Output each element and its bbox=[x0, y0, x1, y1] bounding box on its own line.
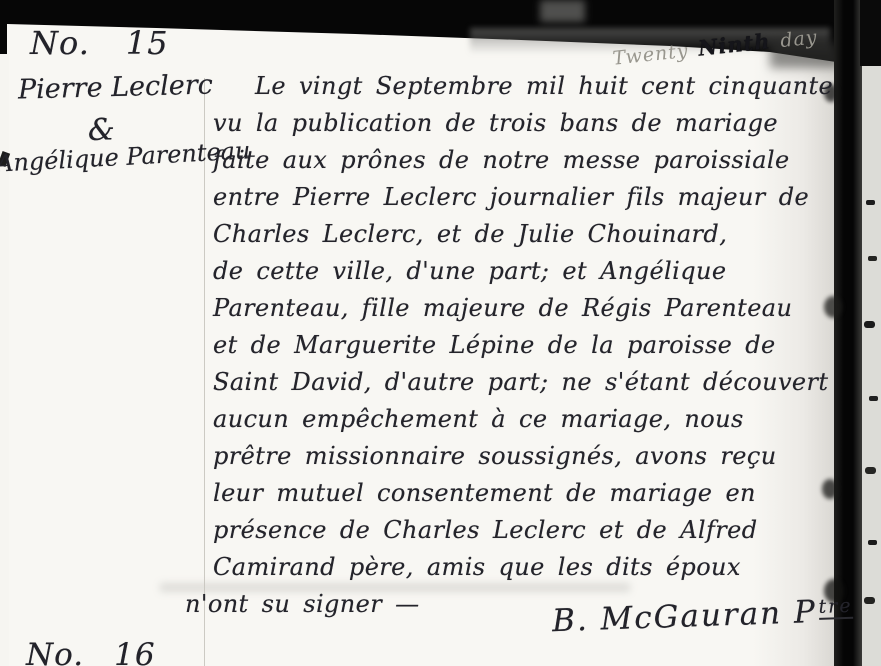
book-binding-gutter bbox=[834, 0, 862, 666]
record-number-value: 15 bbox=[126, 24, 169, 62]
act-line: Parenteau, fille majeure de Régis Parent… bbox=[213, 290, 838, 327]
act-body-text: Le vingt Septembre mil huit cent cinquan… bbox=[213, 68, 838, 623]
act-line: présence de Charles Leclerc et de Alfred bbox=[213, 512, 838, 549]
act-line: entre Pierre Leclerc journalier fils maj… bbox=[213, 179, 838, 216]
act-line: faite aux prônes de notre messe paroissi… bbox=[213, 142, 838, 179]
record-number-label: No. bbox=[30, 24, 90, 62]
act-line: Camirand père, amis que les dits époux bbox=[213, 549, 838, 586]
record-number: No.15 bbox=[30, 24, 169, 62]
next-record-number-label: No. bbox=[26, 637, 84, 666]
pencil-date-word: day bbox=[779, 26, 818, 52]
act-line: aucun empêchement à ce mariage, nous bbox=[213, 401, 838, 438]
adjacent-page-speckles bbox=[866, 200, 875, 205]
act-line: leur mutuel consentement de mariage en bbox=[213, 475, 838, 512]
scanner-band-smear bbox=[540, 0, 585, 22]
act-line: de cette ville, d'une part; et Angélique bbox=[213, 253, 838, 290]
act-line: prêtre missionnaire soussignés, avons re… bbox=[213, 438, 838, 475]
act-line: Charles Leclerc, et de Julie Chouinard, bbox=[213, 216, 838, 253]
page-left-edge bbox=[0, 54, 9, 666]
register-scan: Twenty Ninth day No.15 Pierre Leclerc & … bbox=[0, 0, 881, 666]
adjacent-page-edge bbox=[862, 0, 881, 666]
margin-groom-name: Pierre Leclerc bbox=[18, 69, 214, 105]
act-line: Saint David, d'autre part; ne s'étant dé… bbox=[213, 364, 838, 401]
act-line: et de Marguerite Lépine de la paroisse d… bbox=[213, 327, 838, 364]
adjacent-page-edge-top bbox=[860, 0, 881, 66]
next-record-number: No.16 bbox=[26, 637, 156, 666]
priest-title-superscript: tre bbox=[818, 595, 853, 620]
act-line: Le vingt Septembre mil huit cent cinquan… bbox=[213, 68, 838, 105]
priest-title: Ptre bbox=[793, 593, 853, 631]
next-record-number-value: 16 bbox=[114, 637, 155, 666]
act-line: vu la publication de trois bans de maria… bbox=[213, 105, 838, 142]
